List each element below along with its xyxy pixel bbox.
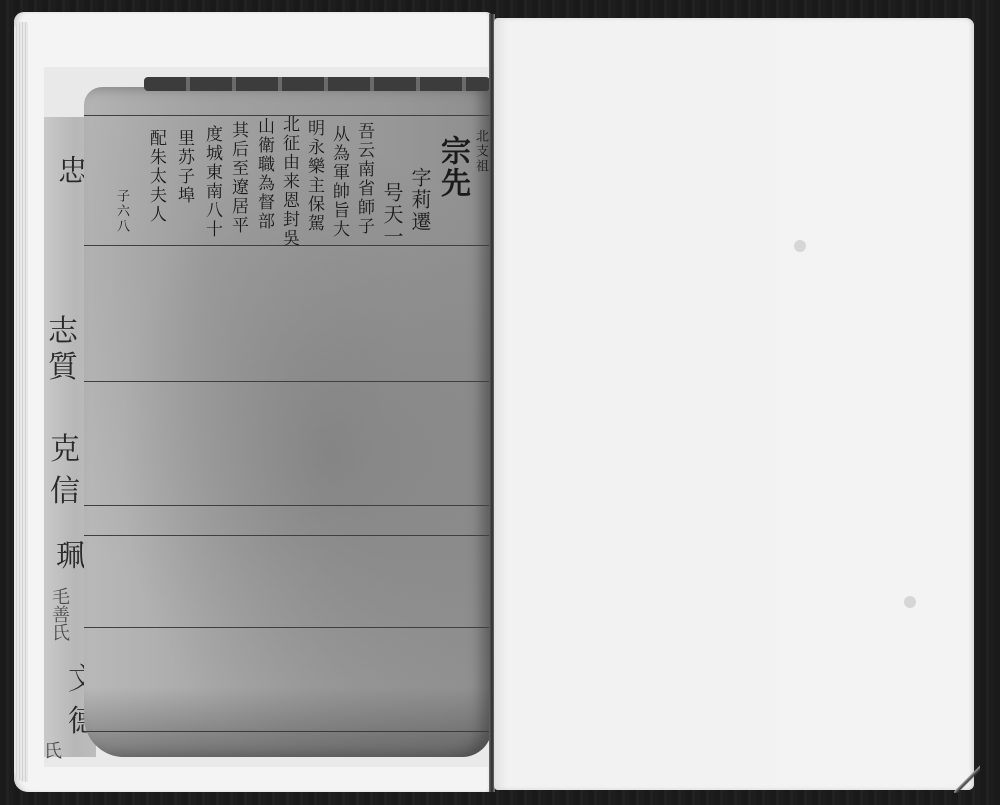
- column-line: 配朱太夫人: [144, 129, 169, 224]
- column-line: 吾云南省師子: [352, 122, 377, 236]
- right-page: [494, 18, 974, 790]
- column-line: 度城東南八十: [200, 125, 225, 239]
- column-title: 宗先: [430, 135, 474, 199]
- column-line: 里苏子埠: [172, 129, 197, 205]
- page-corner-fold: [954, 765, 980, 793]
- page-edge-stack: [14, 22, 28, 782]
- column-line: 山衛職為督部: [252, 117, 277, 231]
- column-line: 明永樂主保駕: [302, 119, 327, 233]
- ruled-line: [84, 627, 489, 628]
- left-page: 忠 志 質 克 信 珮 毛善氏 文 德 氏 北支祖 宗先 字莉遷 号天一 吾云南…: [14, 12, 492, 792]
- column-line: 子六八: [112, 189, 131, 234]
- bg-char: 信: [50, 477, 80, 507]
- column-line: 从為軍帥旨大: [327, 125, 352, 239]
- scroll-photograph: 忠 志 質 克 信 珮 毛善氏 文 德 氏 北支祖 宗先 字莉遷 号天一 吾云南…: [44, 67, 490, 767]
- bg-char-small: 毛善氏: [44, 587, 74, 641]
- bg-char: 志: [48, 317, 78, 347]
- paper-spot: [794, 240, 806, 252]
- column-line: 北征由来恩封吳: [277, 115, 302, 248]
- bg-char-small: 氏: [44, 737, 62, 767]
- bg-char: 質: [48, 353, 78, 383]
- paper-spot: [904, 596, 916, 608]
- bg-char: 珮: [56, 542, 86, 572]
- ruled-line: [84, 535, 489, 536]
- column-name: 字莉遷: [406, 167, 435, 233]
- ruled-line: [84, 505, 489, 506]
- column-line: 其后至遼居平: [226, 121, 251, 235]
- scroll-top-binding: [144, 77, 490, 91]
- column-alias: 号天一: [378, 182, 407, 248]
- scroll-bottom-shadow: [84, 687, 490, 757]
- bg-char: 克: [50, 435, 80, 465]
- ruled-line: [84, 381, 489, 382]
